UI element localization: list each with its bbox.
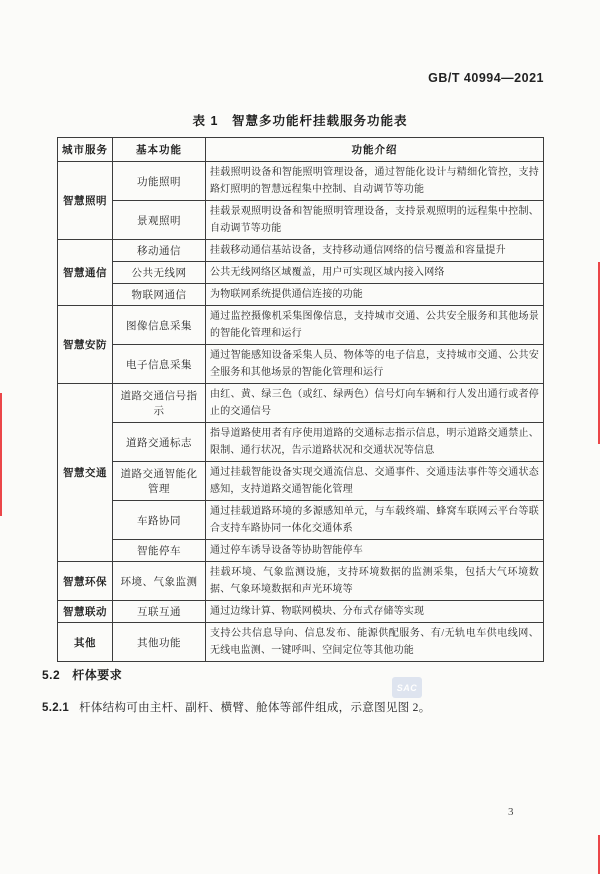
description-cell: 通过智能感知设备采集人员、物体等的电子信息，支持城市交通、公共安全服务和其他场景…	[206, 345, 544, 384]
service-cell-linkage: 智慧联动	[58, 601, 113, 623]
col-header-function-intro: 功能介绍	[206, 138, 544, 162]
table-row: 公共无线网 公共无线网络区域覆盖，用户可实现区域内接入网络	[58, 262, 544, 284]
service-cell-lighting: 智慧照明	[58, 162, 113, 240]
section-text: 杆体结构可由主杆、副杆、横臂、舱体等部件组成，示意图见图 2。	[79, 702, 430, 714]
description-cell: 指导道路使用者有序使用道路的交通标志指示信息，明示道路交通禁止、限制、通行状况，…	[206, 423, 544, 462]
description-cell: 通过监控摄像机采集图像信息，支持城市交通、公共安全服务和其他场景的智能化管理和运…	[206, 306, 544, 345]
description-cell: 挂载环境、气象监测设施，支持环境数据的监测采集，包括大气环境数据、气象环境数据和…	[206, 562, 544, 601]
col-header-basic-function: 基本功能	[113, 138, 206, 162]
description-cell: 挂载照明设备和智能照明管理设备，通过智能化设计与精细化管控，支持路灯照明的智慧远…	[206, 162, 544, 201]
table-row: 智慧环保 环境、气象监测 挂载环境、气象监测设施，支持环境数据的监测采集，包括大…	[58, 562, 544, 601]
service-cell-security: 智慧安防	[58, 306, 113, 384]
function-cell: 其他功能	[113, 623, 206, 662]
function-cell: 图像信息采集	[113, 306, 206, 345]
table-title: 表 1 智慧多功能杆挂载服务功能表	[0, 111, 600, 129]
table-row: 道路交通标志 指导道路使用者有序使用道路的交通标志指示信息，明示道路交通禁止、限…	[58, 423, 544, 462]
table-row: 道路交通智能化管理 通过挂载智能设备实现交通流信息、交通事件、交通违法事件等交通…	[58, 462, 544, 501]
service-cell-other: 其他	[58, 623, 113, 662]
function-cell: 公共无线网	[113, 262, 206, 284]
service-function-table: 城市服务 基本功能 功能介绍 智慧照明 功能照明 挂载照明设备和智能照明管理设备…	[57, 137, 544, 662]
section-title: 杆体要求	[72, 668, 122, 682]
table-row: 智能停车 通过停车诱导设备等协助智能停车	[58, 540, 544, 562]
col-header-city-service: 城市服务	[58, 138, 113, 162]
table-row: 其他 其他功能 支持公共信息导向、信息发布、能源供配服务、有/无轨电车供电线网、…	[58, 623, 544, 662]
service-function-table-wrap: 城市服务 基本功能 功能介绍 智慧照明 功能照明 挂载照明设备和智能照明管理设备…	[57, 137, 543, 662]
table-header-row: 城市服务 基本功能 功能介绍	[58, 138, 544, 162]
page-number: 3	[508, 806, 514, 818]
table-row: 智慧通信 移动通信 挂载移动通信基站设备，支持移动通信网络的信号覆盖和容量提升	[58, 240, 544, 262]
document-page: GB/T 40994—2021 表 1 智慧多功能杆挂载服务功能表 城市服务 基…	[0, 0, 600, 874]
table-row: 智慧安防 图像信息采集 通过监控摄像机采集图像信息，支持城市交通、公共安全服务和…	[58, 306, 544, 345]
function-cell: 电子信息采集	[113, 345, 206, 384]
sac-watermark-logo: SAC	[392, 677, 422, 698]
service-cell-traffic: 智慧交通	[58, 384, 113, 562]
function-cell: 移动通信	[113, 240, 206, 262]
section-number: 5.2.1	[42, 702, 69, 714]
table-row: 智慧照明 功能照明 挂载照明设备和智能照明管理设备，通过智能化设计与精细化管控，…	[58, 162, 544, 201]
function-cell: 道路交通智能化管理	[113, 462, 206, 501]
description-cell: 通过挂载智能设备实现交通流信息、交通事件、交通违法事件等交通状态感知，支持道路交…	[206, 462, 544, 501]
table-row: 智慧联动 互联互通 通过边缘计算、物联网模块、分布式存储等实现	[58, 601, 544, 623]
description-cell: 由红、黄、绿三色（或红、绿两色）信号灯向车辆和行人发出通行或者停止的交通信号	[206, 384, 544, 423]
function-cell: 车路协同	[113, 501, 206, 540]
scan-edge-mark-left	[0, 393, 2, 516]
doc-number: GB/T 40994—2021	[428, 71, 544, 85]
function-cell: 环境、气象监测	[113, 562, 206, 601]
description-cell: 挂载景观照明设备和智能照明管理设备，支持景观照明的远程集中控制、自动调节等功能	[206, 201, 544, 240]
table-row: 景观照明 挂载景观照明设备和智能照明管理设备，支持景观照明的远程集中控制、自动调…	[58, 201, 544, 240]
section-number: 5.2	[42, 668, 60, 682]
service-cell-communication: 智慧通信	[58, 240, 113, 306]
section-5-2-heading: 5.2杆体要求	[42, 666, 122, 683]
description-cell: 支持公共信息导向、信息发布、能源供配服务、有/无轨电车供电线网、无线电监测、一键…	[206, 623, 544, 662]
description-cell: 通过挂载道路环境的多源感知单元，与车载终端、蜂窝车联网云平台等联合支持车路协同一…	[206, 501, 544, 540]
description-cell: 为物联网系统提供通信连接的功能	[206, 284, 544, 306]
function-cell: 互联互通	[113, 601, 206, 623]
description-cell: 通过停车诱导设备等协助智能停车	[206, 540, 544, 562]
description-cell: 挂载移动通信基站设备，支持移动通信网络的信号覆盖和容量提升	[206, 240, 544, 262]
function-cell: 道路交通标志	[113, 423, 206, 462]
description-cell: 通过边缘计算、物联网模块、分布式存储等实现	[206, 601, 544, 623]
description-cell: 公共无线网络区域覆盖，用户可实现区域内接入网络	[206, 262, 544, 284]
function-cell: 景观照明	[113, 201, 206, 240]
service-cell-environment: 智慧环保	[58, 562, 113, 601]
function-cell: 功能照明	[113, 162, 206, 201]
table-row: 电子信息采集 通过智能感知设备采集人员、物体等的电子信息，支持城市交通、公共安全…	[58, 345, 544, 384]
table-row: 物联网通信 为物联网系统提供通信连接的功能	[58, 284, 544, 306]
function-cell: 物联网通信	[113, 284, 206, 306]
section-5-2-1-paragraph: 5.2.1杆体结构可由主杆、副杆、横臂、舱体等部件组成，示意图见图 2。	[42, 699, 542, 715]
function-cell: 智能停车	[113, 540, 206, 562]
table-row: 智慧交通 道路交通信号指示 由红、黄、绿三色（或红、绿两色）信号灯向车辆和行人发…	[58, 384, 544, 423]
table-row: 车路协同 通过挂载道路环境的多源感知单元，与车载终端、蜂窝车联网云平台等联合支持…	[58, 501, 544, 540]
function-cell: 道路交通信号指示	[113, 384, 206, 423]
